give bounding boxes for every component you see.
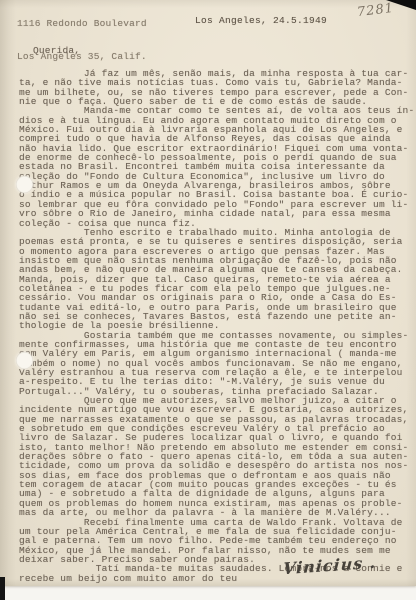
paragraph-5: Quero que me autorizes, salvo melhor jui… [19, 396, 415, 517]
archival-number-handwritten: 7281 [356, 1, 395, 20]
salutation: Querida, [33, 45, 80, 56]
sender-address-line1: 1116 Redondo Boulevard [17, 18, 147, 29]
letter-paper: 1116 Redondo Boulevard Los Angeles 35, C… [0, 0, 416, 586]
punch-hole-bottom [16, 352, 33, 369]
letter-body: Já faz um mês, senão mais, da minha resp… [19, 69, 415, 583]
paragraph-3: Tenho escrito e trabalhado muito. Minha … [19, 228, 415, 331]
letter-scan: 1116 Redondo Boulevard Los Angeles 35, C… [0, 0, 416, 600]
scan-edge-artifact [0, 577, 5, 600]
dateline: Los Angeles, 24.5.1949 [195, 15, 327, 26]
paragraph-2: Manda-me contar como te sentes aí, de vo… [19, 106, 415, 227]
paragraph-4: Gostaria também que me contasses novamen… [19, 331, 415, 396]
punch-hole-top [16, 176, 33, 193]
paragraph-1: Já faz um mês, senão mais, da minha resp… [19, 69, 415, 106]
